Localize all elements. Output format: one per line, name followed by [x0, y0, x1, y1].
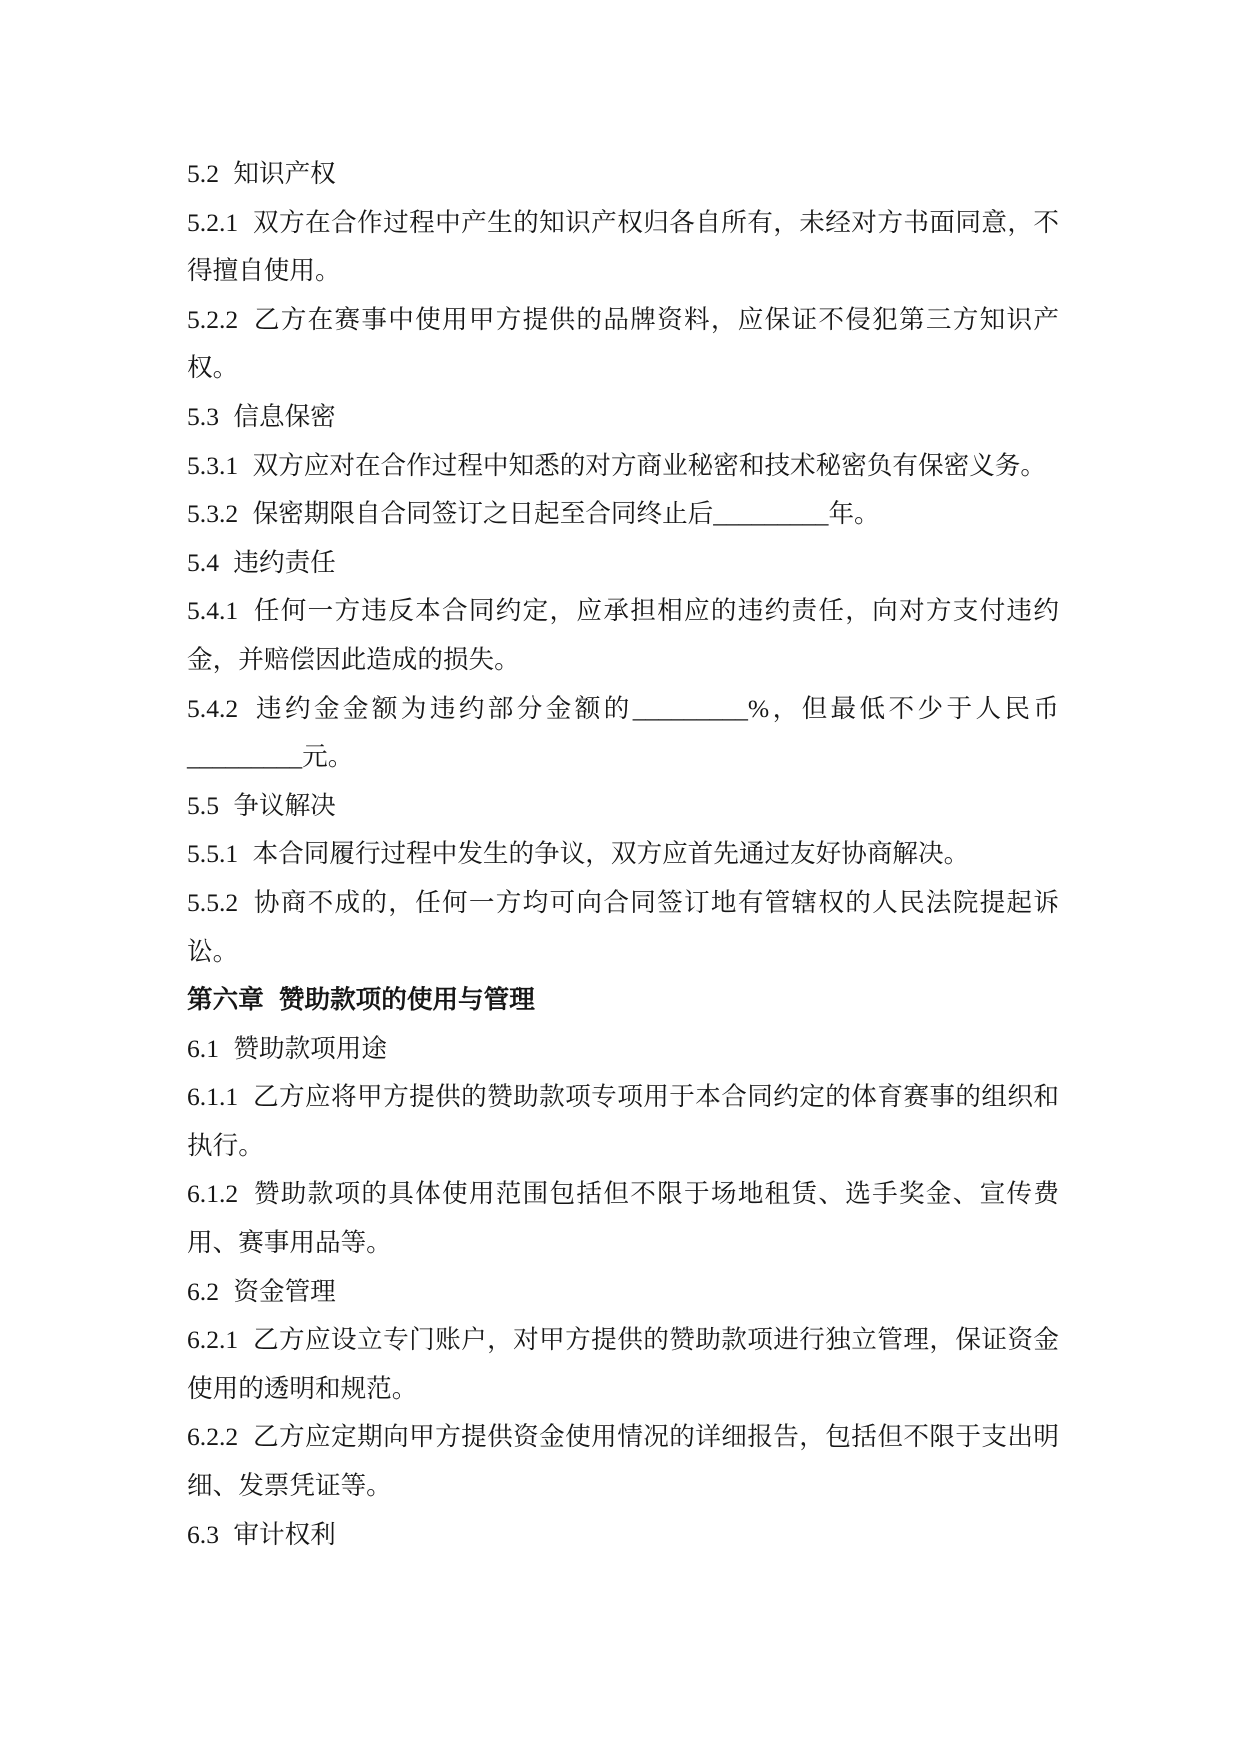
subheading-6-3: 6.3 审计权利 [187, 1511, 1059, 1560]
document-page: 5.2 知识产权 5.2.1 双方在合作过程中产生的知识产权归各自所有，未经对方… [0, 0, 1240, 1753]
subheading-6-2: 6.2 资金管理 [187, 1268, 1059, 1317]
clause-6-1-2: 6.1.2 赞助款项的具体使用范围包括但不限于场地租赁、选手奖金、宣传费用、赛事… [187, 1170, 1059, 1267]
clause-5-4-2: 5.4.2 违约金金额为违约部分金额的_________%，但最低不少于人民币_… [187, 685, 1059, 782]
clause-5-5-2: 5.5.2 协商不成的，任何一方均可向合同签订地有管辖权的人民法院提起诉讼。 [187, 879, 1059, 976]
clause-6-2-2: 6.2.2 乙方应定期向甲方提供资金使用情况的详细报告，包括但不限于支出明细、发… [187, 1413, 1059, 1510]
chapter-6-heading: 第六章 赞助款项的使用与管理 [187, 976, 1059, 1025]
clause-5-3-1: 5.3.1 双方应对在合作过程中知悉的对方商业秘密和技术秘密负有保密义务。 [187, 442, 1059, 491]
subheading-5-2: 5.2 知识产权 [187, 150, 1059, 199]
subheading-5-5: 5.5 争议解决 [187, 782, 1059, 831]
clause-6-2-1: 6.2.1 乙方应设立专门账户，对甲方提供的赞助款项进行独立管理，保证资金使用的… [187, 1316, 1059, 1413]
clause-5-5-1: 5.5.1 本合同履行过程中发生的争议，双方应首先通过友好协商解决。 [187, 830, 1059, 879]
subheading-5-4: 5.4 违约责任 [187, 539, 1059, 588]
contract-text-block: 5.2 知识产权 5.2.1 双方在合作过程中产生的知识产权归各自所有，未经对方… [187, 150, 1059, 1559]
subheading-6-1: 6.1 赞助款项用途 [187, 1025, 1059, 1074]
subheading-5-3: 5.3 信息保密 [187, 393, 1059, 442]
clause-5-2-1: 5.2.1 双方在合作过程中产生的知识产权归各自所有，未经对方书面同意，不得擅自… [187, 199, 1059, 296]
clause-5-4-1: 5.4.1 任何一方违反本合同约定，应承担相应的违约责任，向对方支付违约金，并赔… [187, 587, 1059, 684]
clause-5-3-2: 5.3.2 保密期限自合同签订之日起至合同终止后_________年。 [187, 490, 1059, 539]
clause-6-1-1: 6.1.1 乙方应将甲方提供的赞助款项专项用于本合同约定的体育赛事的组织和执行。 [187, 1073, 1059, 1170]
clause-5-2-2: 5.2.2 乙方在赛事中使用甲方提供的品牌资料，应保证不侵犯第三方知识产权。 [187, 296, 1059, 393]
